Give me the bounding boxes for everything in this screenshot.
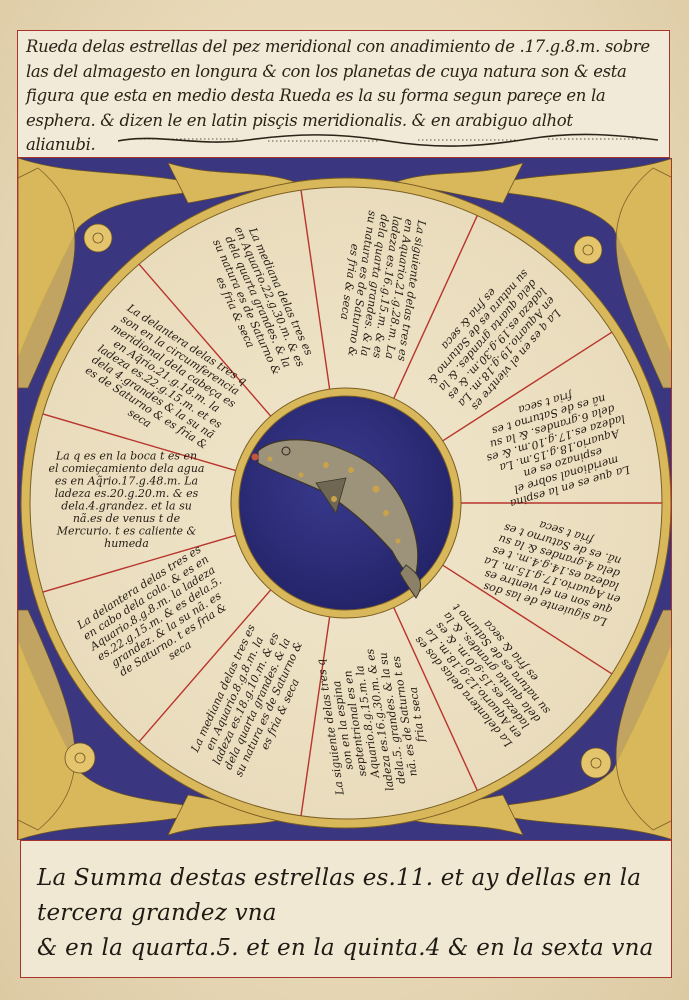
segment-text-line: el comieçamiento dela agua — [49, 462, 205, 475]
summary-text: La Summa destas estrellas es.11. et ay d… — [37, 861, 657, 966]
title-block: Rueda delas estrellas del pez meridional… — [17, 30, 670, 158]
flourish-ornament — [118, 133, 658, 147]
segment-text-line: humeda — [104, 537, 149, 550]
segment-text-line: dela.4.grandez. et la su — [61, 499, 192, 512]
segment-text-line: La q es en la boca t es en — [55, 449, 197, 462]
star-wheel-diagram: La q es en la boca t es enel comieçamien… — [18, 158, 672, 840]
segment-text-line: Mercurio. t es caliente & — [56, 524, 197, 537]
segment-text-line: ladeza es.20.g.20.m. & es — [55, 487, 199, 500]
summary-block: La Summa destas estrellas es.11. et ay d… — [20, 840, 672, 978]
segment-1: La q es en la boca t es enel comieçamien… — [49, 449, 205, 550]
manuscript-page: Rueda delas estrellas del pez meridional… — [0, 0, 689, 1000]
illuminated-wheel-panel: La q es en la boca t es enel comieçamien… — [17, 158, 672, 840]
segment-text-line: nã.es de venus t de — [73, 512, 181, 525]
segment-text-line: es en Aq̃rio.17.g.48.m. La — [55, 474, 198, 487]
